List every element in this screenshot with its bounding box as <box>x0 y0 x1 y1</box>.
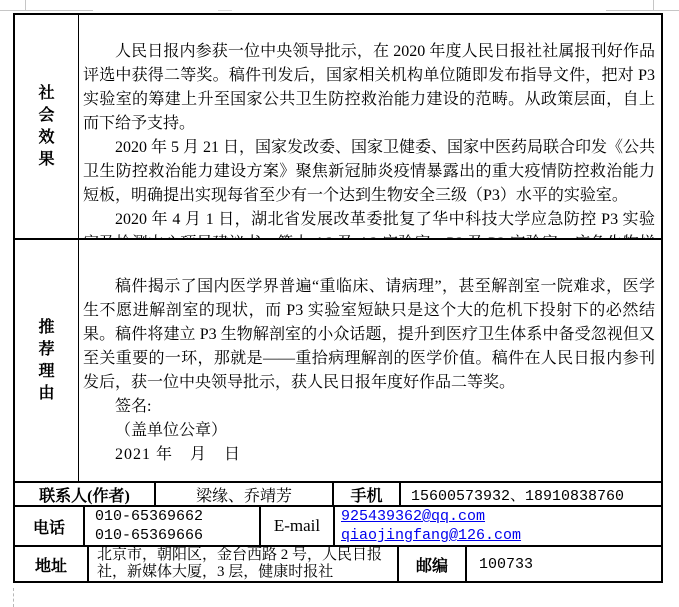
recommendation-paragraph: 稿件揭示了国内医学界普遍“重临床、请病理”，甚至解剖室一院难求，医学生不愿进解剖… <box>83 275 655 395</box>
contact-label: 联系人(作者) <box>15 483 154 505</box>
mobile-numbers: 15600573932、18910838760 <box>399 483 661 505</box>
signature-label: 签名: <box>83 395 655 419</box>
phone-number-2: 010-65369666 <box>95 526 259 545</box>
address-value: 北京市，朝阳区，金台西路 2 号，人民日报社，新媒体大厦，3 层，健康时报社 <box>87 547 397 581</box>
address-row: 地址 北京市，朝阳区，金台西路 2 号，人民日报社，新媒体大厦，3 层，健康时报… <box>15 545 661 581</box>
phone-label: 电话 <box>15 507 83 545</box>
recommendation-label: 推 荐 理 由 <box>15 240 78 481</box>
contact-names: 梁缘、乔靖芳 <box>154 483 332 505</box>
phone-number-1: 010-65369662 <box>95 507 259 526</box>
social-effect-row: 社 会 效 果 人民日报内参获一位中央领导批示，在 2020 年度人民日报社社属… <box>15 15 661 238</box>
social-effect-label: 社 会 效 果 <box>15 15 78 238</box>
seal-note: （盖单位公章） <box>83 419 655 443</box>
email-link-126[interactable]: qiaojingfang@126.com <box>341 526 661 545</box>
email-label: E-mail <box>259 507 333 545</box>
social-effect-paragraph-3: 2020 年 4 月 1 日，湖北省发展改革委批复了华中科技大学应急防控 P3 … <box>83 208 655 238</box>
social-effect-paragraph-2: 2020 年 5 月 21 日，国家发改委、国家卫健委、国家中医药局联合印发《公… <box>83 136 655 208</box>
mobile-label: 手机 <box>332 483 399 505</box>
address-label: 地址 <box>15 547 87 581</box>
application-form-table: 社 会 效 果 人民日报内参获一位中央领导批示，在 2020 年度人民日报社社属… <box>13 13 663 583</box>
gridline-artifact-top-right <box>606 10 679 11</box>
phone-numbers: 010-65369662 010-65369666 <box>83 507 259 545</box>
email-addresses: 925439362@qq.com qiaojingfang@126.com <box>333 507 661 545</box>
gridline-artifact-tick-right <box>653 0 654 11</box>
zip-value: 100733 <box>465 547 661 581</box>
contact-row: 联系人(作者) 梁缘、乔靖芳 手机 15600573932、1891083876… <box>15 481 661 505</box>
email-link-qq[interactable]: 925439362@qq.com <box>341 507 661 526</box>
social-effect-paragraph-1: 人民日报内参获一位中央领导批示，在 2020 年度人民日报社社属报刊好作品评选中… <box>83 40 655 136</box>
phone-email-row: 电话 010-65369662 010-65369666 E-mail 9254… <box>15 505 661 545</box>
zip-label: 邮编 <box>397 547 465 581</box>
social-effect-content: 人民日报内参获一位中央领导批示，在 2020 年度人民日报社社属报刊好作品评选中… <box>78 15 661 238</box>
gridline-artifact-top-left <box>0 10 93 11</box>
date-line: 2021 年 月 日 <box>83 443 655 467</box>
recommendation-row: 推 荐 理 由 稿件揭示了国内医学界普遍“重临床、请病理”，甚至解剖室一院难求，… <box>15 238 661 481</box>
gridline-artifact-top-mid <box>218 10 232 11</box>
recommendation-content: 稿件揭示了国内医学界普遍“重临床、请病理”，甚至解剖室一院难求，医学生不愿进解剖… <box>78 240 661 481</box>
gridline-artifact-tick-left <box>25 0 26 11</box>
page-margin-dash <box>13 588 14 607</box>
